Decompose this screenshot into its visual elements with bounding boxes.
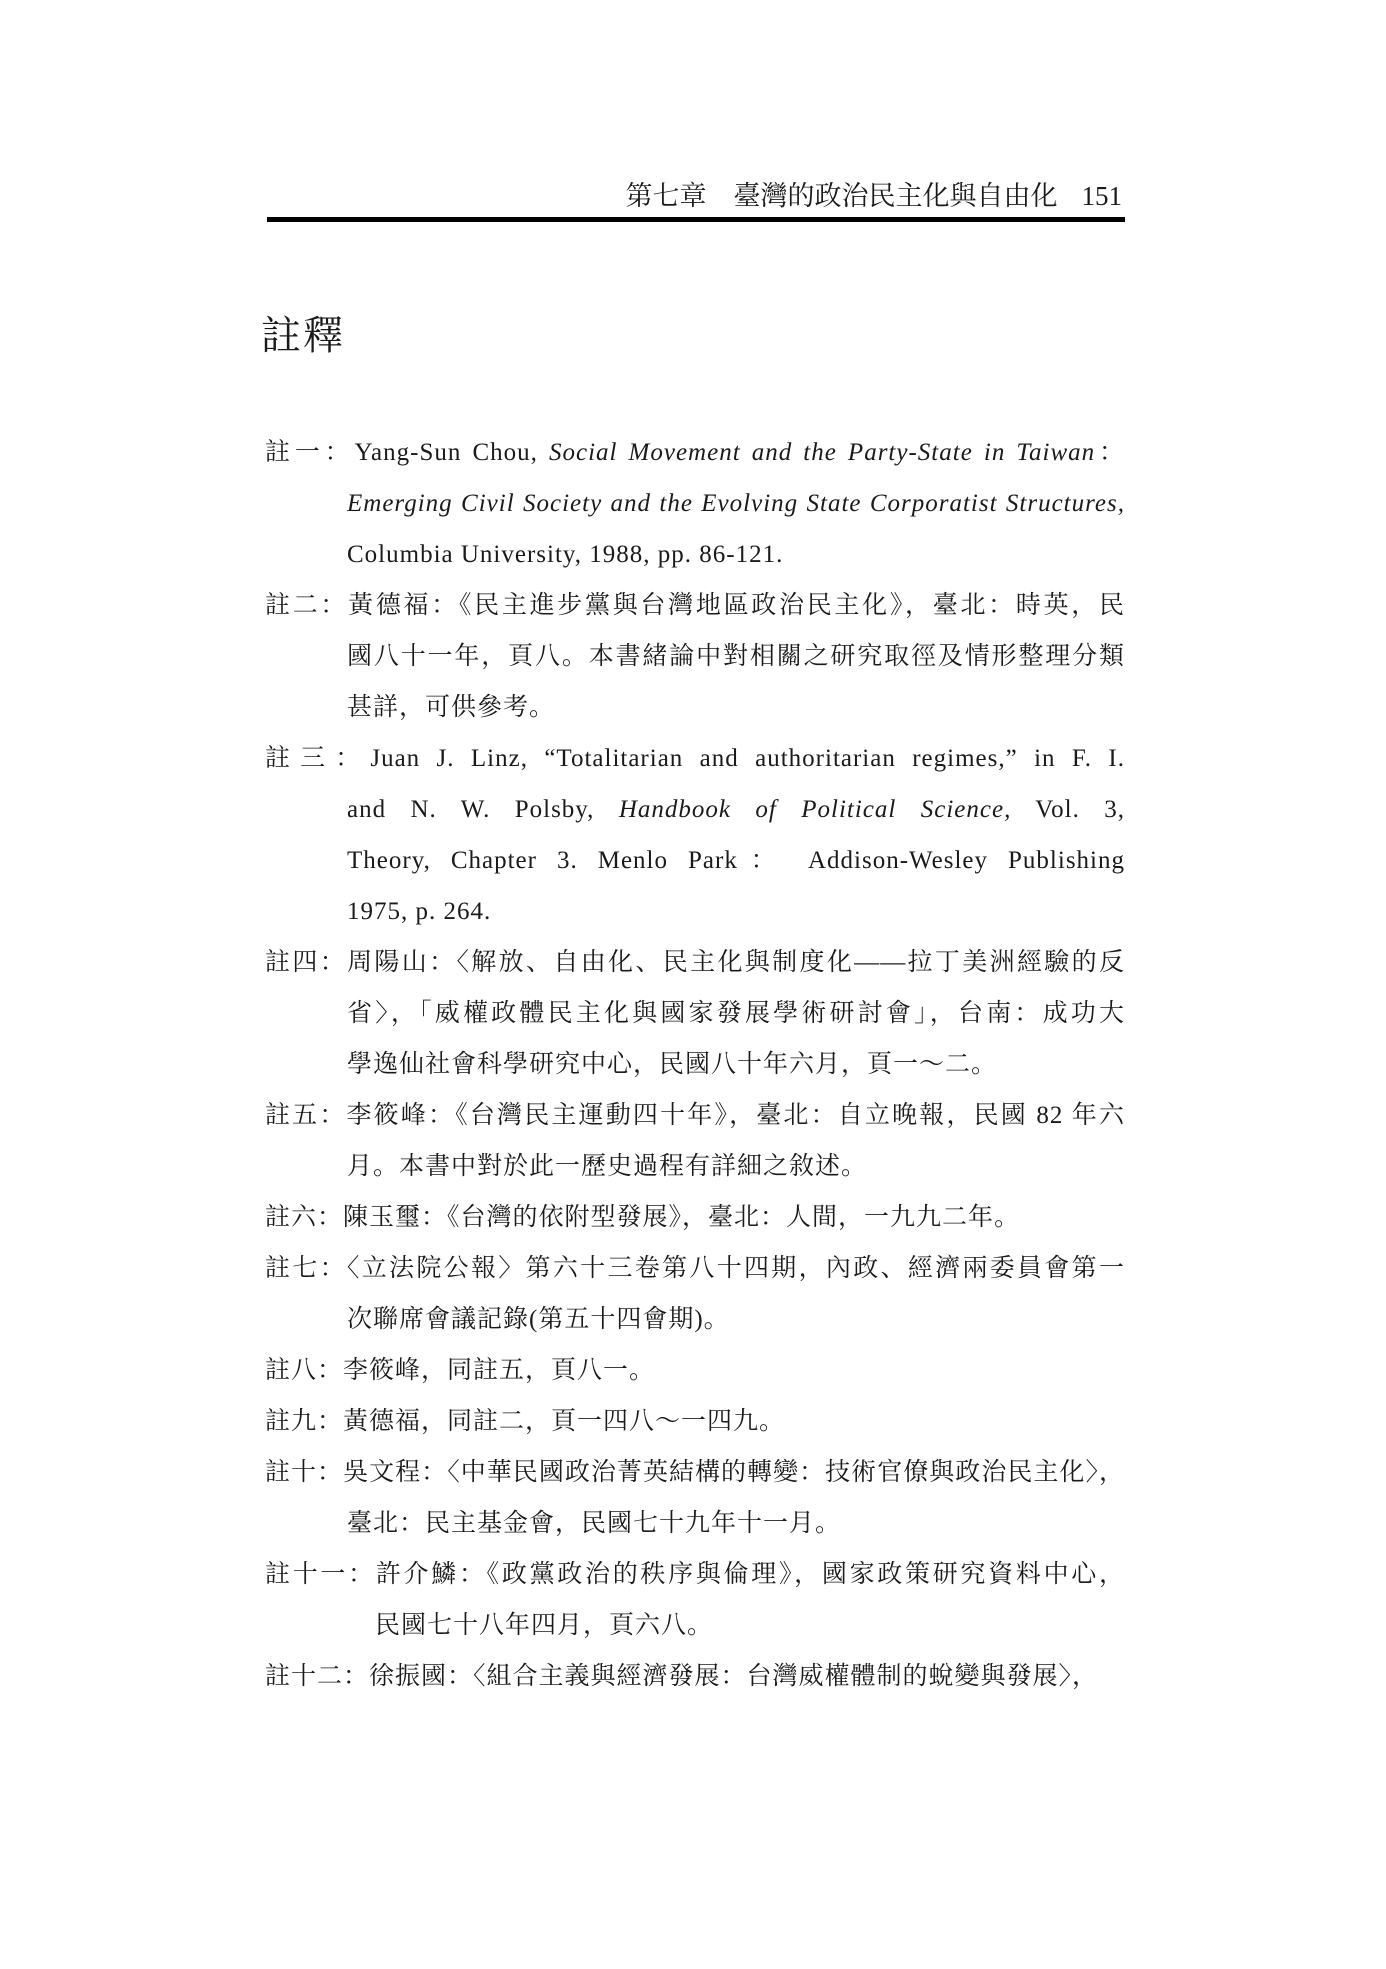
note-3-line-4: 1975, p. 264.: [347, 886, 1125, 937]
note-text: 陳玉璽：《台灣的依附型發展》，臺北：人間，一九九二年。: [343, 1204, 1020, 1231]
header-divider-rule: [267, 217, 1125, 222]
note-text: 〈立法院公報〉第六十三卷第八十四期，內政、經濟兩委員會第一: [347, 1255, 1125, 1282]
note-text: 甚詳，可供參考。: [347, 694, 555, 721]
note-9-line-1: 註九：黃德福，同註二，頁一四八～一四九。: [265, 1396, 1125, 1447]
notes-list: 註一：Yang-Sun Chou, Social Movement and th…: [0, 427, 1386, 1702]
note-2-line-2: 國八十一年，頁八。本書緒論中對相關之研究取徑及情形整理分類: [347, 631, 1125, 682]
note-3-line-1: 註三：Juan J. Linz, “Totalitarian and autho…: [265, 733, 1125, 784]
note-10-line-1: 註十：吳文程：〈中華民國政治菁英結構的轉變：技術官僚與政治民主化〉，: [265, 1447, 1125, 1498]
note-6-line-1: 註六：陳玉璽：《台灣的依附型發展》，臺北：人間，一九九二年。: [265, 1192, 1125, 1243]
note-text: ：: [1095, 439, 1125, 466]
note-label: 註二：: [265, 592, 348, 619]
note-text: 省〉，「威權政體民主化與國家發展學術研討會」，台南：成功大: [347, 1000, 1125, 1027]
note-text: 周陽山：〈解放、自由化、民主化與制度化——拉丁美洲經驗的反: [347, 949, 1125, 976]
note-label: 註九：: [265, 1408, 343, 1435]
note-11-line-2: 民國七十八年四月，頁六八。: [375, 1600, 1125, 1651]
note-text: 臺北：民主基金會，民國七十九年十一月。: [347, 1510, 841, 1537]
note-text-italic: Handbook of Political Science,: [619, 796, 1012, 823]
note-label: 註十一：: [265, 1561, 376, 1588]
note-label: 註三：: [265, 745, 370, 772]
note-text: 月。本書中對於此一歷史過程有詳細之敘述。: [347, 1153, 867, 1180]
note-7-line-2: 次聯席會議記錄(第五十四會期)。: [347, 1294, 1125, 1345]
chapter-title: 第七章 臺灣的政治民主化與自由化: [626, 181, 1058, 211]
note-text-italic: Social Movement and the Party-State in T…: [549, 439, 1095, 466]
section-title: 註釋: [261, 314, 345, 358]
note-label: 註四：: [265, 949, 347, 976]
note-text: 李筱峰：《台灣民主運動四十年》，臺北：自立晚報，民國 82 年六: [347, 1102, 1125, 1129]
note-label: 註七：: [265, 1255, 347, 1282]
note-text: 李筱峰，同註五，頁八一。: [343, 1357, 655, 1384]
note-text: 吳文程：〈中華民國政治菁英結構的轉變：技術官僚與政治民主化〉，: [343, 1459, 1125, 1486]
note-text: Yang-Sun Chou,: [355, 439, 549, 466]
note-5-line-1: 註五：李筱峰：《台灣民主運動四十年》，臺北：自立晚報，民國 82 年六: [265, 1090, 1125, 1141]
note-label: 註一：: [265, 439, 355, 466]
note-text: 民國七十八年四月，頁六八。: [375, 1612, 713, 1639]
note-5-line-2: 月。本書中對於此一歷史過程有詳細之敘述。: [347, 1141, 1125, 1192]
note-4-line-1: 註四：周陽山：〈解放、自由化、民主化與制度化——拉丁美洲經驗的反: [265, 937, 1125, 988]
note-text: 1975, p. 264.: [347, 898, 491, 925]
note-3-line-2: and N. W. Polsby, Handbook of Political …: [347, 784, 1125, 835]
note-7-line-1: 註七：〈立法院公報〉第六十三卷第八十四期，內政、經濟兩委員會第一: [265, 1243, 1125, 1294]
note-1-line-1: 註一：Yang-Sun Chou, Social Movement and th…: [265, 427, 1125, 478]
note-text: 徐振國：〈組合主義與經濟發展：台灣威權體制的蛻變與發展〉，: [369, 1663, 1098, 1690]
note-label: 註五：: [265, 1102, 347, 1129]
note-text: Theory, Chapter 3. Menlo Park： Addison-W…: [347, 847, 1125, 886]
running-header: 第七章 臺灣的政治民主化與自由化 151: [0, 181, 1122, 211]
note-label: 註六：: [265, 1204, 343, 1231]
note-4-line-2: 省〉，「威權政體民主化與國家發展學術研討會」，台南：成功大: [347, 988, 1125, 1039]
note-text: 學逸仙社會科學研究中心，民國八十年六月，頁一～二。: [347, 1051, 997, 1078]
note-10-line-2: 臺北：民主基金會，民國七十九年十一月。: [347, 1498, 1125, 1549]
note-text: 許介鱗：《政黨政治的秩序與倫理》，國家政策研究資料中心，: [376, 1561, 1125, 1588]
note-label: 註八：: [265, 1357, 343, 1384]
note-text: 黃德福，同註二，頁一四八～一四九。: [343, 1408, 785, 1435]
page-number: 151: [1082, 181, 1123, 211]
note-1-line-3: Columbia University, 1988, pp. 86-121.: [347, 529, 1125, 580]
note-text: Columbia University, 1988, pp. 86-121.: [347, 541, 783, 568]
note-text-italic: Emerging Civil Society and the Evolving …: [347, 490, 1125, 517]
document-page: 第七章 臺灣的政治民主化與自由化 151 註釋 註一：Yang-Sun Chou…: [0, 0, 1386, 1969]
note-label: 註十：: [265, 1459, 343, 1486]
note-4-line-3: 學逸仙社會科學研究中心，民國八十年六月，頁一～二。: [347, 1039, 1125, 1090]
note-text: 黃德福：《民主進步黨與台灣地區政治民主化》，臺北：時英，民: [348, 592, 1125, 619]
note-2-line-3: 甚詳，可供參考。: [347, 682, 1125, 733]
note-12-line-1: 註十二：徐振國：〈組合主義與經濟發展：台灣威權體制的蛻變與發展〉，: [265, 1651, 1125, 1702]
note-label: 註十二：: [265, 1663, 369, 1690]
note-3-line-3: Theory, Chapter 3. Menlo Park： Addison-W…: [347, 835, 1125, 886]
note-text: and N. W. Polsby,: [347, 796, 619, 823]
note-2-line-1: 註二：黃德福：《民主進步黨與台灣地區政治民主化》，臺北：時英，民: [265, 580, 1125, 631]
note-text: 次聯席會議記錄(第五十四會期)。: [347, 1306, 730, 1333]
note-8-line-1: 註八：李筱峰，同註五，頁八一。: [265, 1345, 1125, 1396]
note-text: 國八十一年，頁八。本書緒論中對相關之研究取徑及情形整理分類: [347, 643, 1125, 670]
note-1-line-2: Emerging Civil Society and the Evolving …: [347, 478, 1125, 529]
note-text: Juan J. Linz, “Totalitarian and authorit…: [265, 745, 1125, 784]
note-11-line-1: 註十一：許介鱗：《政黨政治的秩序與倫理》，國家政策研究資料中心，: [265, 1549, 1125, 1600]
